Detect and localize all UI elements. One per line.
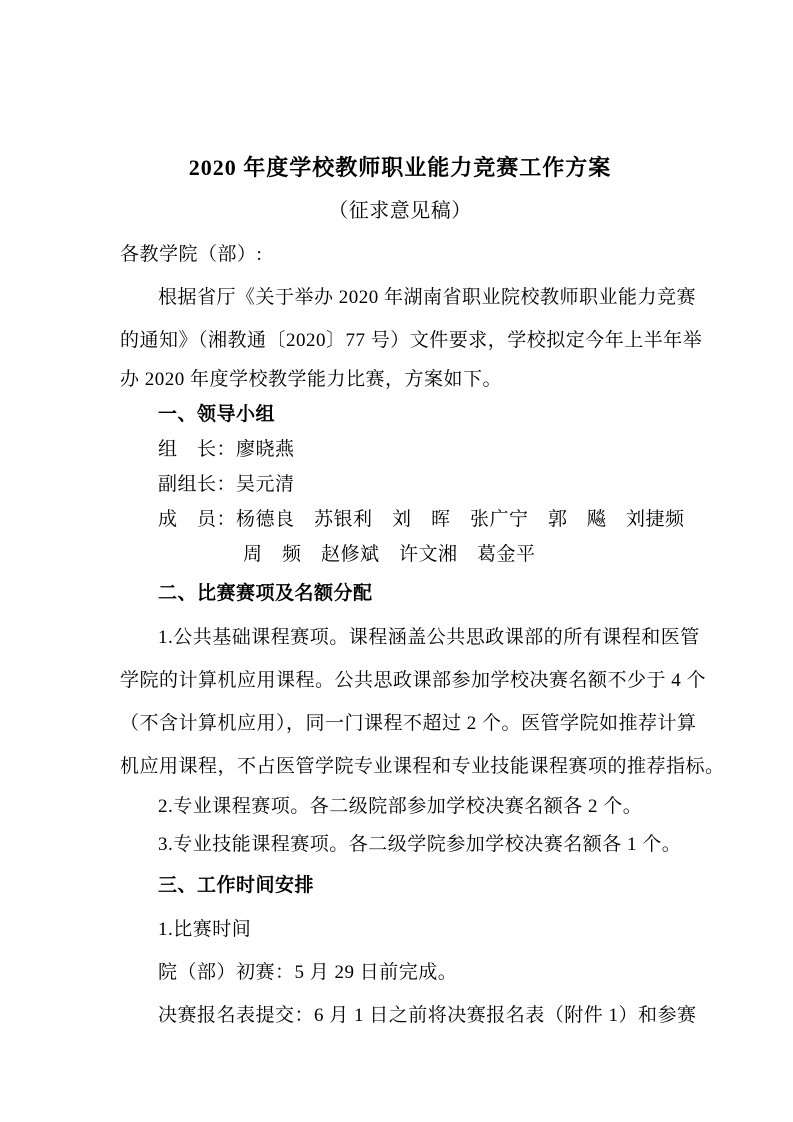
heading-2-events-quota: 二、比赛赛项及名额分配 [120,572,680,616]
schedule-preliminary-line: 院（部）初赛：5 月 29 日前完成。 [120,951,680,994]
schedule-registration-line: 决赛报名表提交：6 月 1 日之前将决赛报名表（附件 1）和参赛 [120,994,680,1037]
doc-subtitle: （征求意见稿） [120,190,680,233]
document-page: 2020 年度学校教师职业能力竞赛工作方案 （征求意见稿） 各教学院（部）: 根… [0,0,793,1122]
item-1-public-courses-line-3: （不含计算机应用），同一门课程不超过 2 个。医管学院如推荐计算 [120,702,680,745]
item-1-public-courses-line-4: 机应用课程，不占医管学院专业课程和专业技能课程赛项的推荐指标。 [120,745,680,788]
item-2-major-courses: 2.专业课程赛项。各二级院部参加学校决赛名额各 2 个。 [120,788,680,826]
intro-paragraph-line-1: 根据省厅《关于举办 2020 年湖南省职业院校教师职业能力竞赛 [120,276,680,319]
members-line-1: 成 员：杨德良 苏银利 刘 晖 张广宁 郭 飚 刘捷频 [120,502,680,537]
intro-paragraph-line-3: 办 2020 年度学校教学能力比赛，方案如下。 [120,362,680,397]
members-line-2: 周 频 赵修斌 许文湘 葛金平 [120,537,680,572]
intro-paragraph-line-2: 的通知》（湘教通〔2020〕77 号）文件要求，学校拟定今年上半年举 [120,319,680,362]
group-leader-line: 组 长：廖晓燕 [120,432,680,467]
item-3-skill-courses: 3.专业技能课程赛项。各二级学院参加学校决赛名额各 1 个。 [120,826,680,864]
salutation: 各教学院（部）: [120,233,680,276]
deputy-leader-line: 副组长：吴元清 [120,467,680,502]
item-1-public-courses-line-2: 学院的计算机应用课程。公共思政课部参加学校决赛名额不少于 4 个 [120,659,680,702]
item-1-public-courses-line-1: 1.公共基础课程赛项。课程涵盖公共思政课部的所有课程和医管 [120,616,680,659]
heading-3-schedule: 三、工作时间安排 [120,864,680,908]
heading-1-leading-group: 一、领导小组 [120,397,680,432]
doc-title: 2020 年度学校教师职业能力竞赛工作方案 [120,146,680,190]
schedule-item-1-title: 1.比赛时间 [120,908,680,951]
